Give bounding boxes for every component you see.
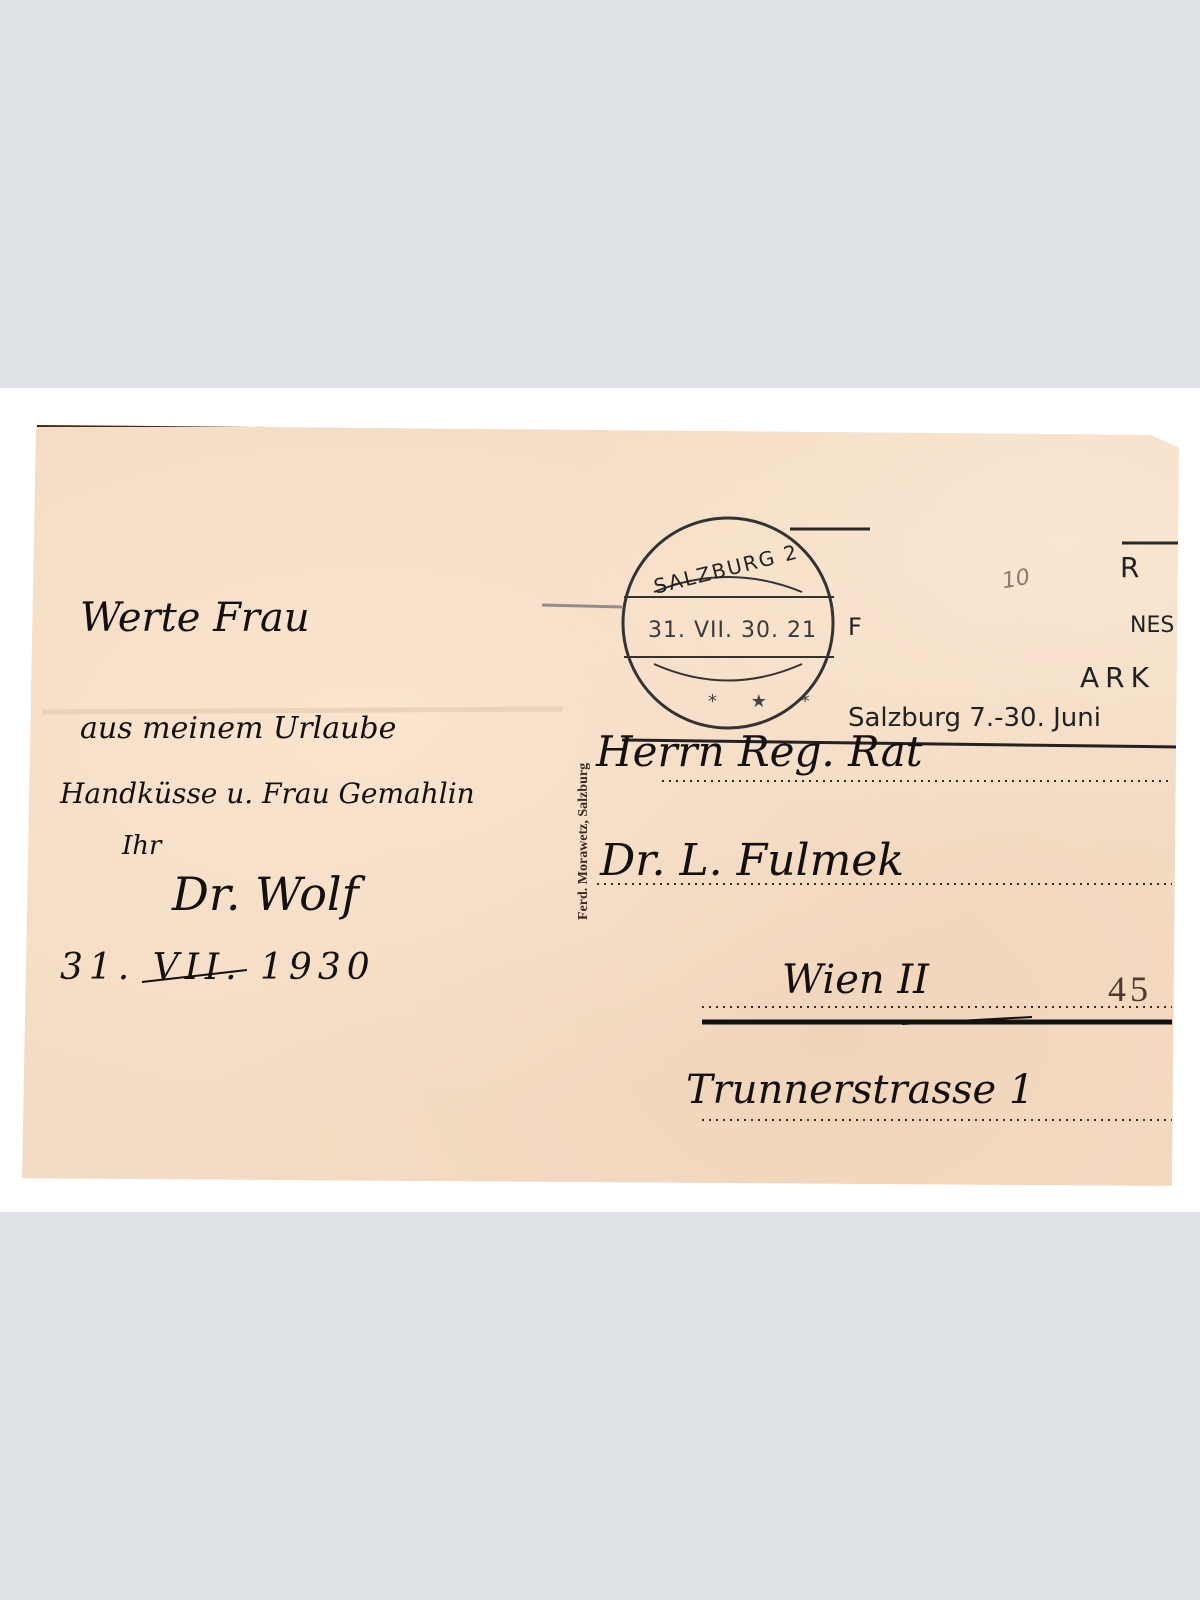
postmark-date: 31. VII. 30. 21 [648, 618, 817, 643]
postmark-ornaments: * ★ * [708, 691, 824, 712]
slogan-fragment-3: NES [1130, 613, 1174, 638]
address-line-1: Herrn Reg. Rat [596, 727, 923, 776]
slogan-fragment-2: F [848, 613, 862, 641]
message-signature: Dr. Wolf [172, 867, 359, 921]
message-line-1: aus meinem Urlaube [80, 711, 396, 746]
address-number: 45 [1108, 968, 1152, 1010]
pencil-note: 10 [1000, 565, 1032, 594]
slogan-fragment-1: R [1120, 551, 1139, 584]
slogan-fragment-4: ARK [1080, 661, 1155, 694]
address-line-3: Wien II [782, 957, 929, 1003]
address-line-4: Trunnerstrasse 1 [686, 1067, 1034, 1113]
postcard: 31. VII. 30. 21 SALZBURG 2 * ★ * R F NES… [22, 425, 1180, 1189]
message-date: 31. VII. 1930 [60, 947, 376, 988]
address-line-2: Dr. L. Fulmek [600, 835, 904, 886]
message-line-3: Ihr [122, 831, 161, 861]
message-salutation: Werte Frau [80, 595, 310, 641]
message-line-2: Handküsse u. Frau Gemahlin [60, 777, 475, 810]
publisher-imprint: Ferd. Morawetz, Salzburg [576, 763, 592, 920]
